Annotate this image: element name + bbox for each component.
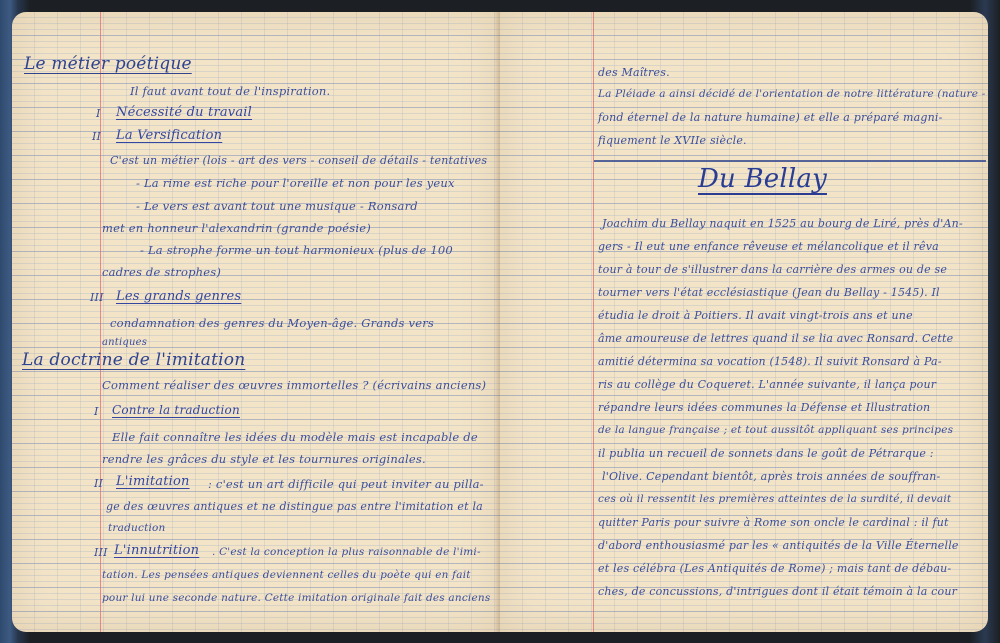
section-title-imitation: L'imitation <box>116 474 190 489</box>
text-line: des Maîtres. <box>598 66 670 79</box>
text-line: Comment réaliser des œuvres immortelles … <box>102 378 486 392</box>
body-line: de la langue française ; et tout aussitô… <box>598 424 953 436</box>
body-line: ris au collège du Coqueret. L'année suiv… <box>598 378 936 391</box>
text-line: Elle fait connaître les idées du modèle … <box>112 430 478 444</box>
section-divider <box>594 160 986 162</box>
body-line: d'abord enthousiasmé par les « antiquité… <box>598 539 959 552</box>
section-title-necessite: Nécessité du travail <box>116 105 252 120</box>
text-line: tation. Les pensées antiques deviennent … <box>102 569 471 581</box>
section-title-innutrition: L'innutrition <box>114 543 199 558</box>
text-line: . C'est la conception la plus raisonnabl… <box>212 546 481 558</box>
margin-line <box>100 12 101 632</box>
heading-metier-poetique: Le métier poétique <box>24 54 192 74</box>
text-line: pour lui une seconde nature. Cette imita… <box>102 592 490 604</box>
section-number: III <box>94 546 108 559</box>
margin-line <box>593 12 594 632</box>
text-line: cadres de strophes) <box>102 265 221 279</box>
section-number: II <box>94 477 103 490</box>
body-line: ches, de concussions, d'intrigues dont i… <box>598 585 957 598</box>
body-line: il publia un recueil de sonnets dans le … <box>598 447 934 460</box>
body-line: amitié détermina sa vocation (1548). Il … <box>598 355 942 368</box>
body-line: Joachim du Bellay naquit en 1525 au bour… <box>602 217 963 230</box>
text-line: - La strophe forme un tout harmonieux (p… <box>140 243 453 257</box>
section-number: II <box>92 130 101 143</box>
body-line: âme amoureuse de lettres quand il se lia… <box>598 332 953 345</box>
text-line: La Pléiade a ainsi décidé de l'orientati… <box>598 88 985 100</box>
body-line: étudia le droit à Poitiers. Il avait vin… <box>598 309 913 322</box>
body-line: tour à tour de s'illustrer dans la carri… <box>598 263 947 276</box>
text-line: - Le vers est avant tout une musique - R… <box>136 199 418 213</box>
page-title-du-bellay: Du Bellay <box>698 164 827 194</box>
body-line: l'Olive. Cependant bientôt, après trois … <box>602 470 940 483</box>
heading-doctrine-imitation: La doctrine de l'imitation <box>22 350 245 370</box>
right-page: des Maîtres. La Pléiade a ainsi décidé d… <box>500 12 988 632</box>
text-line: antiques <box>102 337 147 348</box>
body-line: gers - Il eut une enfance rêveuse et mél… <box>598 240 939 253</box>
body-line: répandre leurs idées communes la Défense… <box>598 401 930 414</box>
section-number: III <box>90 291 104 304</box>
text-line: fiquement le XVIIe siècle. <box>598 134 747 147</box>
text-line: ge des œuvres antiques et ne distingue p… <box>106 500 483 513</box>
section-title-grands-genres: Les grands genres <box>116 289 241 304</box>
text-line: - La rime est riche pour l'oreille et no… <box>136 176 455 190</box>
left-page: Le métier poétique Il faut avant tout de… <box>12 12 500 632</box>
body-line: quitter Paris pour suivre à Rome son onc… <box>598 516 949 529</box>
body-line: tourner vers l'état ecclésiastique (Jean… <box>598 286 940 299</box>
text-line: traduction <box>108 522 166 534</box>
text-line: rendre les grâces du style et les tournu… <box>102 452 426 466</box>
body-line: et les célébra (Les Antiquités de Rome) … <box>598 562 951 575</box>
text-line: C'est un métier (lois - art des vers - c… <box>110 154 487 167</box>
text-line: : c'est un art difficile qui peut invite… <box>208 477 484 491</box>
section-title-versification: La Versification <box>116 128 222 143</box>
text-line: met en honneur l'alexandrin (grande poés… <box>102 221 371 235</box>
text-line: fond éternel de la nature humaine) et el… <box>598 111 943 124</box>
section-number: I <box>96 107 101 120</box>
body-line: ces où il ressentit les premières attein… <box>598 493 951 505</box>
section-title-contre-traduction: Contre la traduction <box>112 403 240 417</box>
section-number: I <box>94 405 99 418</box>
intro-line: Il faut avant tout de l'inspiration. <box>130 84 330 98</box>
text-line: condamnation des genres du Moyen-âge. Gr… <box>110 316 434 330</box>
